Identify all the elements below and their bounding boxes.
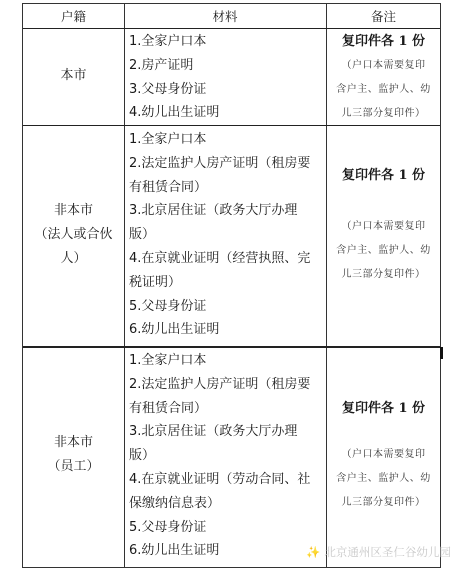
category-line: 人） — [23, 247, 124, 271]
materials-cell: 1.全家户口本 2.法定监护人房产证明（租房要 有租赁合同） 3.北京居住证（政… — [124, 349, 326, 563]
material-item: 4.在京就业证明（劳动合同、社 — [129, 468, 326, 492]
material-item: 3.父母身份证 — [129, 78, 326, 102]
category-line: 本市 — [23, 64, 124, 88]
material-item: 1.全家户口本 — [129, 30, 326, 54]
material-item: 有租赁合同） — [129, 176, 326, 200]
watermark-text: 北京通州区圣仁谷幼儿园 — [324, 545, 451, 559]
note-detail: （户口本需要复印 — [326, 54, 441, 78]
watermark: ✨北京通州区圣仁谷幼儿园 — [306, 544, 451, 560]
material-item: 税证明） — [129, 271, 326, 295]
requirements-table: 户籍 材料 备注 本市 1.全家户口本 2.房产证明 3.父母身份证 4.幼儿出… — [22, 3, 441, 568]
wechat-icon: ✨ — [306, 545, 320, 559]
material-item: 4.幼儿出生证明 — [129, 101, 326, 125]
notes-cell: 复印件各 1 份 （户口本需要复印 含户主、监护人、幼 儿三部分复印件） — [326, 397, 441, 515]
material-item: 版） — [129, 223, 326, 247]
material-item: 6.幼儿出生证明 — [129, 318, 326, 342]
category-line: （员工） — [23, 455, 124, 479]
material-item: 3.北京居住证（政务大厅办理 — [129, 199, 326, 223]
edge-mark — [440, 347, 443, 359]
material-item: 2.法定监护人房产证明（租房要 — [129, 152, 326, 176]
header-notes: 备注 — [326, 4, 441, 29]
note-detail: （户口本需要复印 — [326, 215, 441, 239]
row-divider — [23, 346, 440, 348]
category-line: 非本市 — [23, 199, 124, 223]
material-item: 2.法定监护人房产证明（租房要 — [129, 373, 326, 397]
note-detail: 含户主、监护人、幼 — [326, 239, 441, 263]
note-detail: 含户主、监护人、幼 — [326, 78, 441, 102]
material-item: 4.在京就业证明（经营执照、完 — [129, 247, 326, 271]
material-item: 5.父母身份证 — [129, 295, 326, 319]
material-item: 1.全家户口本 — [129, 128, 326, 152]
material-item: 1.全家户口本 — [129, 349, 326, 373]
material-item: 2.房产证明 — [129, 54, 326, 78]
header-household: 户籍 — [23, 4, 124, 29]
materials-cell: 1.全家户口本 2.房产证明 3.父母身份证 4.幼儿出生证明 — [124, 30, 326, 125]
category-line: （法人或合伙 — [23, 223, 124, 247]
material-item: 有租赁合同） — [129, 397, 326, 421]
category-cell: 本市 — [23, 64, 124, 88]
note-detail: 儿三部分复印件） — [326, 263, 441, 287]
note-detail: 儿三部分复印件） — [326, 102, 441, 126]
note-copies: 复印件各 1 份 — [326, 164, 441, 188]
materials-cell: 1.全家户口本 2.法定监护人房产证明（租房要 有租赁合同） 3.北京居住证（政… — [124, 128, 326, 342]
category-cell: 非本市 （员工） — [23, 431, 124, 479]
header-materials: 材料 — [124, 4, 326, 29]
note-detail: 含户主、监护人、幼 — [326, 467, 441, 491]
material-item: 3.北京居住证（政务大厅办理 — [129, 420, 326, 444]
note-copies: 复印件各 1 份 — [326, 30, 441, 54]
material-item: 5.父母身份证 — [129, 516, 326, 540]
note-detail: （户口本需要复印 — [326, 443, 441, 467]
material-item: 6.幼儿出生证明 — [129, 539, 326, 563]
material-item: 版） — [129, 444, 326, 468]
category-line: 非本市 — [23, 431, 124, 455]
category-cell: 非本市 （法人或合伙 人） — [23, 199, 124, 271]
note-copies: 复印件各 1 份 — [326, 397, 441, 421]
notes-cell: 复印件各 1 份 （户口本需要复印 含户主、监护人、幼 儿三部分复印件） — [326, 30, 441, 126]
notes-cell: 复印件各 1 份 （户口本需要复印 含户主、监护人、幼 儿三部分复印件） — [326, 164, 441, 287]
note-detail: 儿三部分复印件） — [326, 491, 441, 515]
material-item: 保缴纳信息表） — [129, 492, 326, 516]
